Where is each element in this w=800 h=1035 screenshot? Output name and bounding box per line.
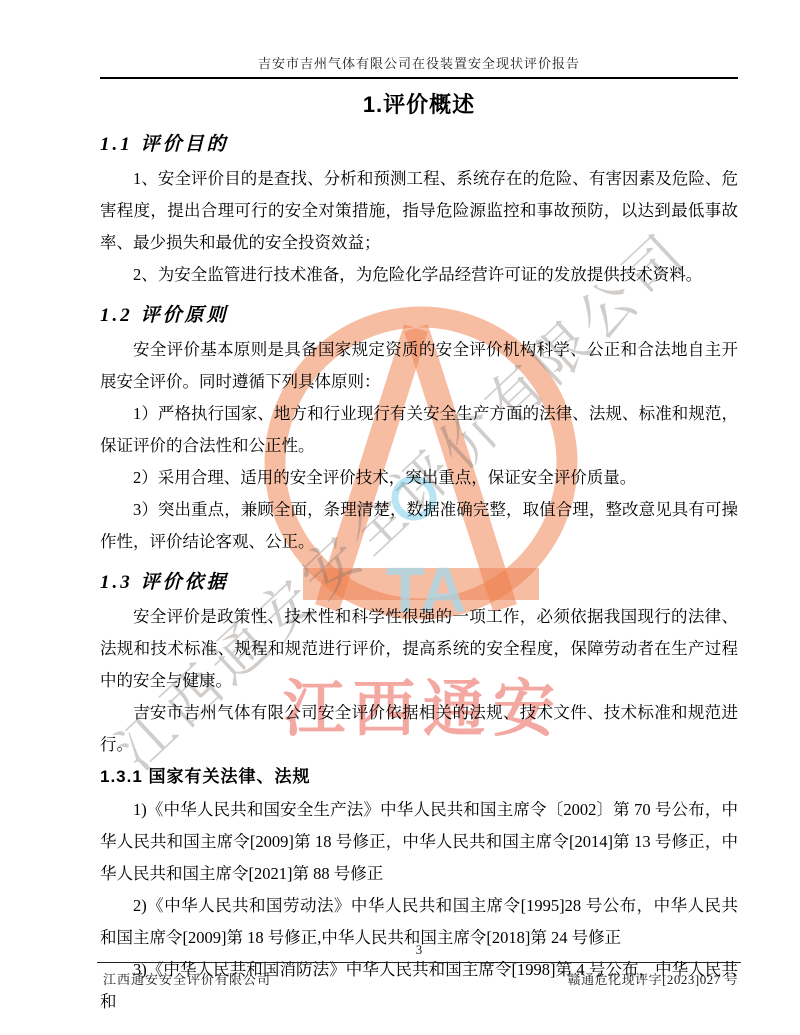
footer-doc-number: 赣通危化现评字[2023]027 号 xyxy=(568,969,738,988)
paragraph: 安全评价基本原则是具备国家规定资质的安全评价机构科学、公正和合法地自主开展安全评… xyxy=(100,334,738,398)
paragraph: 1、安全评价目的是查找、分析和预测工程、系统存在的危险、有害因素及危险、危害程度… xyxy=(100,163,738,259)
subsection-heading-1-3-1: 1.3.1 国家有关法律、法规 xyxy=(100,764,738,790)
paragraph: 2）采用合理、适用的安全评价技术，突出重点，保证安全评价质量。 xyxy=(100,462,738,494)
running-header: 吉安市吉州气体有限公司在役装置安全现状评价报告 xyxy=(100,56,738,72)
paragraph: 1）严格执行国家、地方和行业现行有关安全生产方面的法律、法规、标准和规范，保证评… xyxy=(100,398,738,462)
paragraph: 1)《中华人民共和国安全生产法》中华人民共和国主席令〔2002〕第 70 号公布… xyxy=(100,794,738,890)
report-page: TA 江西通安安全评价有限公司 江西通安 吉安市吉州气体有限公司在役装置安全现状… xyxy=(0,0,800,1035)
section-heading-1-1: 1.1 评价目的 xyxy=(100,131,738,158)
paragraph: 3）突出重点，兼顾全面，条理清楚，数据准确完整，取值合理，整改意见具有可操作性，… xyxy=(100,494,738,558)
footer-company: 江西通安安全评价有限公司 xyxy=(103,969,271,988)
paragraph: 吉安市吉州气体有限公司安全评价依据相关的法规、技术文件、技术标准和规范进行。 xyxy=(100,697,738,761)
page-number: 3 xyxy=(100,942,738,958)
page-title: 1.评价概述 xyxy=(100,90,738,120)
header-rule xyxy=(100,77,738,79)
paragraph: 安全评价是政策性、技术性和科学性很强的一项工作，必须依据我国现行的法律、法规和技… xyxy=(100,601,738,697)
document-content: 吉安市吉州气体有限公司在役装置安全现状评价报告 1.评价概述 1.1 评价目的 … xyxy=(100,0,738,1018)
footer-rule xyxy=(97,962,741,963)
paragraph: 2、为安全监管进行技术准备，为危险化学品经营许可证的发放提供技术资料。 xyxy=(100,259,738,291)
section-heading-1-3: 1.3 评价依据 xyxy=(100,569,738,596)
section-heading-1-2: 1.2 评价原则 xyxy=(100,302,738,329)
